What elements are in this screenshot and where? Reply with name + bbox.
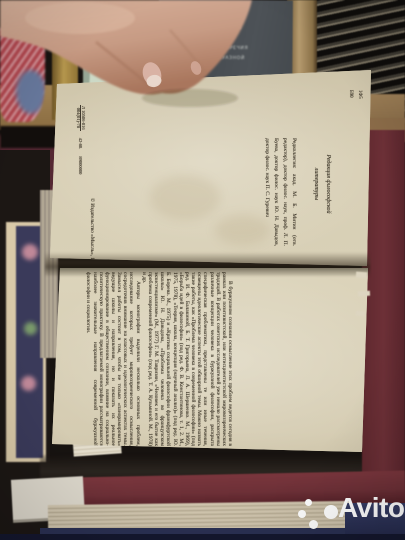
torn-page-tab [358, 291, 370, 297]
floral-panel [16, 226, 43, 458]
avito-logo-icon [305, 499, 312, 506]
preface-text: В буржуазном сознании осмысление этих пр… [61, 272, 233, 446]
avito-logo-icon [324, 505, 338, 519]
torn-page-tab [356, 272, 367, 279]
editorial-board-text: Редколлегия: акад. М. Б. Митин (отв. ред… [260, 138, 298, 246]
finger-shadow-on-page [142, 89, 238, 107]
skin-highlight [25, 2, 135, 34]
avito-watermark: Avito [294, 492, 405, 536]
avito-logo-icon [298, 510, 306, 518]
editorial-line-text: Редакция философской литературы [308, 150, 334, 218]
avito-logo-icon [309, 520, 318, 529]
torn-page-tab [356, 311, 365, 317]
avito-wordmark: Avito [338, 492, 404, 524]
photo-book-listing: { "colors": { "page_cream": "#d8cfb5", "… [0, 0, 405, 540]
page-fold-shadow [45, 252, 370, 276]
hand [0, 0, 405, 150]
